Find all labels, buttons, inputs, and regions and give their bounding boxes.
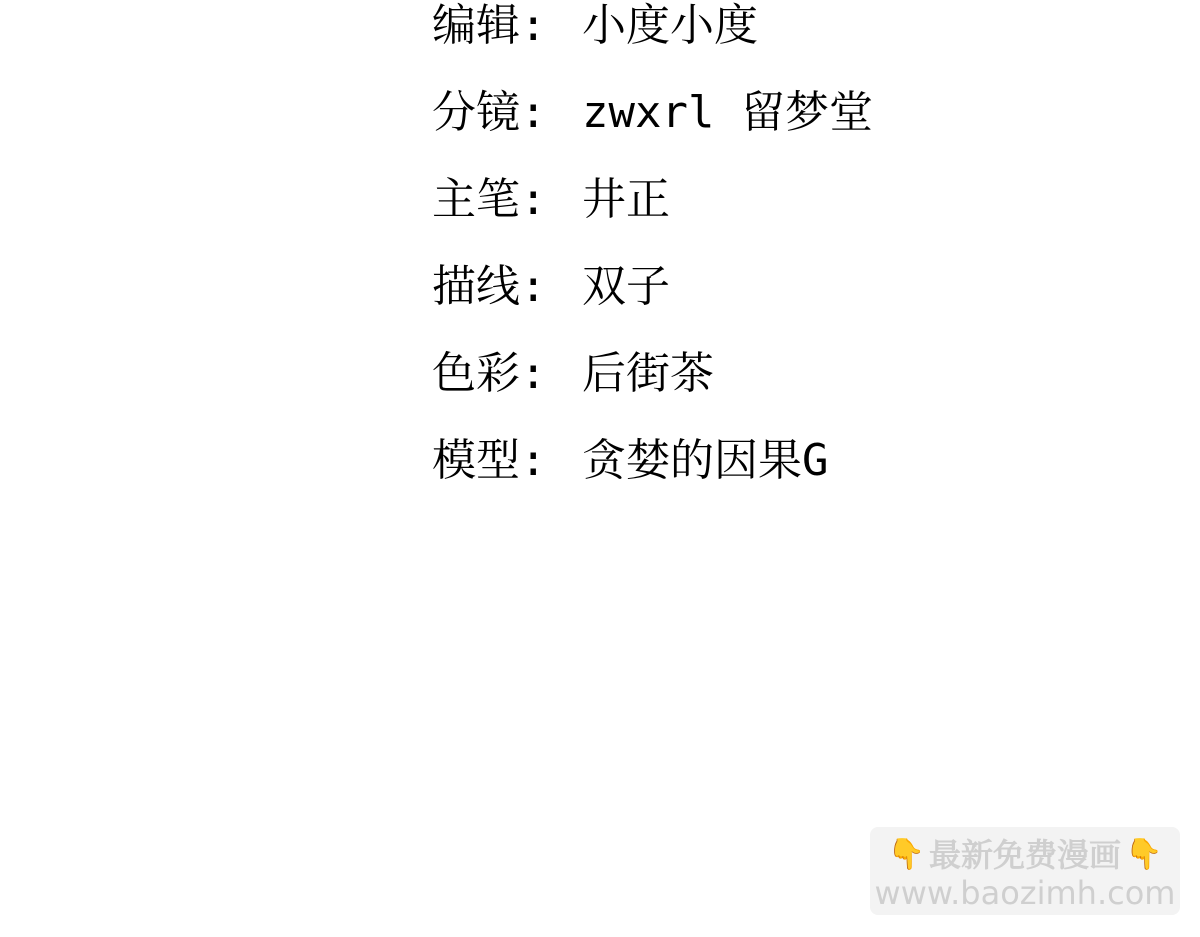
credit-row-color: 色彩:后街茶 [432, 348, 714, 408]
watermark-headline: 最新免费漫画 [929, 835, 1121, 875]
credit-name: 小度小度 [582, 0, 758, 52]
credit-role: 色彩: [432, 348, 582, 400]
watermark-headline-row: 👇 最新免费漫画 👇 [870, 835, 1180, 875]
credit-row-model: 模型:贪婪的因果G [432, 435, 829, 495]
credit-name: 后街茶 [582, 348, 714, 400]
credit-role: 描线: [432, 261, 582, 313]
credit-name: zwxrl 留梦堂 [582, 87, 873, 139]
credit-row-lineart: 描线:双子 [432, 261, 670, 321]
credit-name: 贪婪的因果G [582, 435, 829, 487]
comic-credits-page: 编辑:小度小度 分镜:zwxrl 留梦堂 主笔:井正 描线:双子 色彩:后街茶 … [0, 0, 1200, 937]
credit-role: 编辑: [432, 0, 582, 52]
credit-role: 主笔: [432, 174, 582, 226]
pointing-down-hand-icon: 👇 [1125, 835, 1162, 875]
credit-row-editor: 编辑:小度小度 [432, 0, 758, 60]
credit-name: 井正 [582, 174, 670, 226]
credit-role: 模型: [432, 435, 582, 487]
credit-row-lead-artist: 主笔:井正 [432, 174, 670, 234]
credit-name: 双子 [582, 261, 670, 313]
watermark-url: www.baozimh.com [870, 875, 1180, 911]
credit-role: 分镜: [432, 87, 582, 139]
pointing-down-hand-icon: 👇 [888, 835, 925, 875]
credit-row-storyboard: 分镜:zwxrl 留梦堂 [432, 87, 873, 147]
watermark-link[interactable]: 👇 最新免费漫画 👇 www.baozimh.com [870, 827, 1180, 915]
